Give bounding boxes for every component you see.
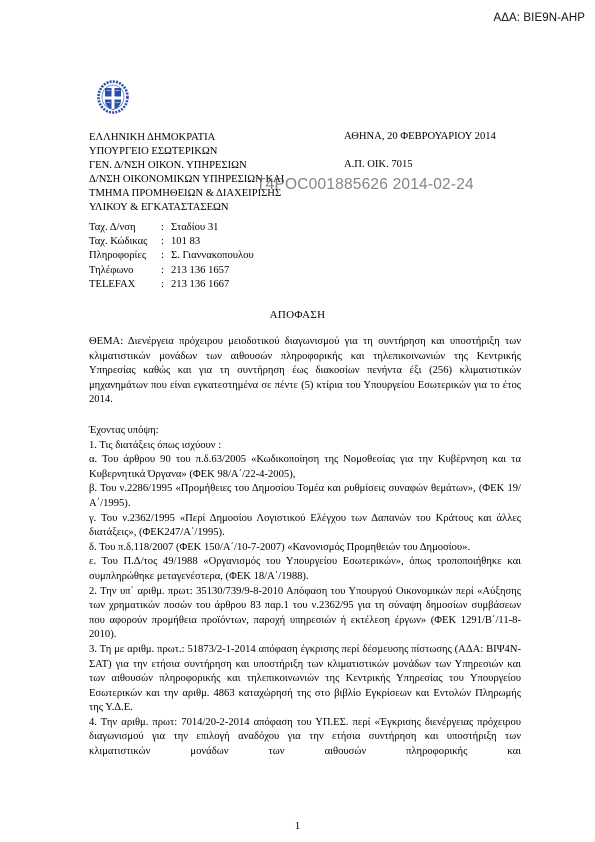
contact-row-fax: TELEFAX:213 136 1667 [89, 278, 254, 292]
consideration-item: 4. Την αριθμ. πρωτ: 7014/20-2-2014 απόφα… [89, 716, 521, 760]
contact-value: 213 136 1657 [171, 264, 229, 278]
consideration-item: δ. Του π.δ.118/2007 (ΦΕΚ 150/Α΄/10-7-200… [89, 541, 521, 556]
page-number: 1 [0, 820, 595, 832]
subject-paragraph: ΘΕΜΑ: Διενέργεια πρόχειρου μειοδοτικού δ… [89, 335, 521, 408]
contact-value: Σταδίου 31 [171, 221, 218, 235]
considerations-section: Έχοντας υπόψη: 1. Τις διατάξεις όπως ισχ… [89, 424, 521, 760]
subject-text: ΘΕΜΑ: Διενέργεια πρόχειρου μειοδοτικού δ… [89, 335, 521, 408]
contact-row-info: Πληροφορίες:Σ. Γιαννακοπουλου [89, 249, 254, 263]
header-line: ΕΛΛΗΝΙΚΗ ΔΗΜΟΚΡΑΤΙΑ [89, 131, 284, 145]
contact-block: Ταχ. Δ/νση:Σταδίου 31 Ταχ. Κώδικας:101 8… [89, 221, 254, 292]
ada-code: ΑΔΑ: ΒΙΕ9Ν-ΑΗΡ [493, 12, 585, 24]
watermark-stamp: Τ4ΡΟC001885626 2014-02-24 [256, 176, 474, 194]
consideration-item: ε. Του Π.Δ/τος 49/1988 «Οργανισμός του Υ… [89, 555, 521, 584]
contact-label: Τηλέφωνο [89, 264, 161, 278]
contact-label: Ταχ. Κώδικας [89, 235, 161, 249]
consideration-item: γ. Του ν.2362/1995 «Περί Δημοσίου Λογιστ… [89, 512, 521, 541]
header-line: ΥΛΙΚΟΥ & ΕΓΚΑΤΑΣΤΑΣΕΩΝ [89, 201, 284, 215]
contact-label: Πληροφορίες [89, 249, 161, 263]
header-line: ΓΕΝ. Δ/ΝΣΗ ΟΙΚΟΝ. ΥΠΗΡΕΣΙΩΝ [89, 159, 284, 173]
issuer-header: ΕΛΛΗΝΙΚΗ ΔΗΜΟΚΡΑΤΙΑ ΥΠΟΥΡΓΕΙΟ ΕΣΩΤΕΡΙΚΩΝ… [89, 131, 284, 216]
consideration-item: β. Του ν.2286/1995 «Προμήθειες του Δημοσ… [89, 482, 521, 511]
contact-value: Σ. Γιαννακοπουλου [171, 249, 254, 263]
place-date: ΑΘΗΝΑ, 20 ΦΕΒΡΟΥΑΡΙΟΥ 2014 [344, 131, 496, 142]
document-title: ΑΠΟΦΑΣΗ [0, 309, 595, 321]
consideration-item: 1. Τις διατάξεις όπως ισχύουν : [89, 439, 521, 454]
consideration-item: α. Του άρθρου 90 του π.δ.63/2005 «Κωδικο… [89, 453, 521, 482]
protocol-number: Α.Π. ΟΙΚ. 7015 [344, 159, 413, 170]
consideration-item: 2. Την υπ΄ αριθμ. πρωτ: 35130/739/9-8-20… [89, 585, 521, 643]
contact-label: Ταχ. Δ/νση [89, 221, 161, 235]
contact-row-postcode: Ταχ. Κώδικας:101 83 [89, 235, 254, 249]
contact-row-address: Ταχ. Δ/νση:Σταδίου 31 [89, 221, 254, 235]
contact-label: TELEFAX [89, 278, 161, 292]
considerations-intro: Έχοντας υπόψη: [89, 424, 521, 439]
header-line: ΥΠΟΥΡΓΕΙΟ ΕΣΩΤΕΡΙΚΩΝ [89, 145, 284, 159]
greek-coat-of-arms-icon [97, 80, 129, 114]
contact-row-phone: Τηλέφωνο:213 136 1657 [89, 264, 254, 278]
contact-value: 213 136 1667 [171, 278, 229, 292]
consideration-item: 3. Τη με αριθμ. πρωτ.: 51873/2-1-2014 απ… [89, 643, 521, 716]
contact-value: 101 83 [171, 235, 200, 249]
